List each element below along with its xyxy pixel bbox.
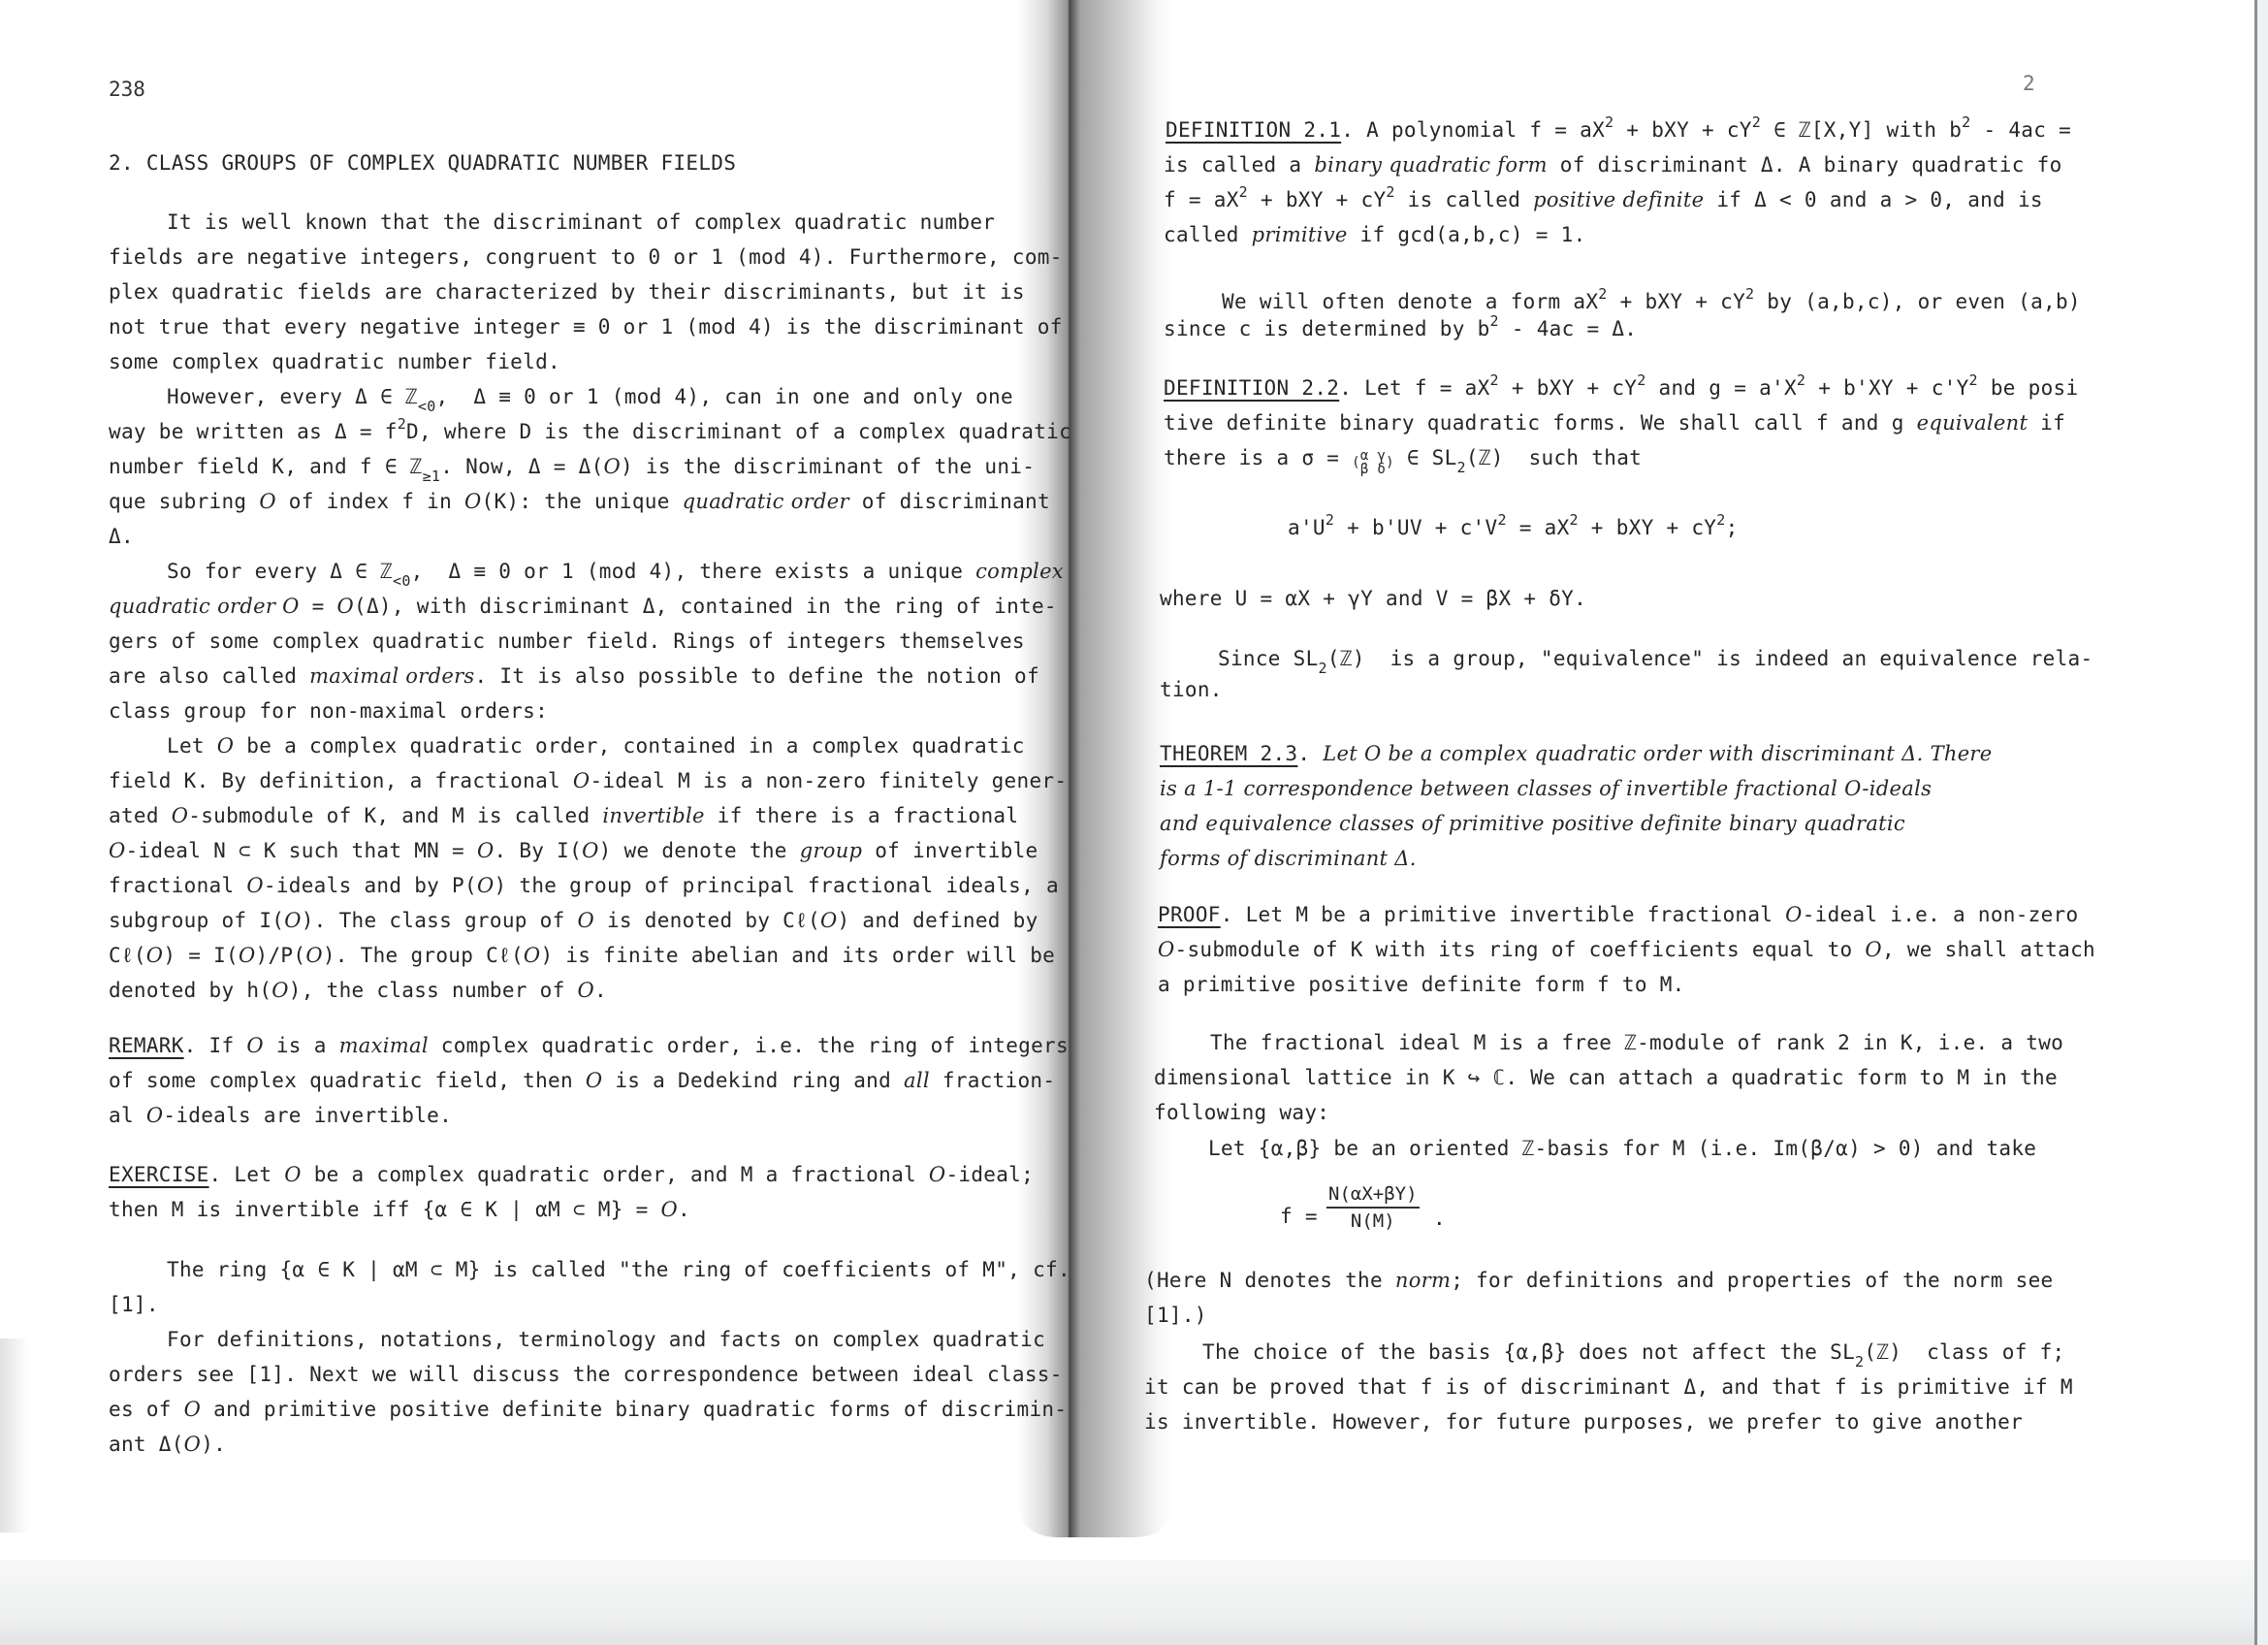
text-segment: 2	[1570, 511, 1579, 529]
text-segment: )/P(	[256, 944, 306, 967]
text-line: O-submodule of K with its ring of coeffi…	[1158, 936, 2095, 963]
text-line: and equivalence classes of primitive pos…	[1160, 810, 1905, 837]
text-line: there is a σ = (α γβ δ) ∈ SL2(ℤ) such th…	[1164, 444, 1642, 476]
text-line: a'U2 + b'UV + c'V2 = aX2 + bXY + cY2;	[1288, 514, 1739, 541]
text-segment: following way:	[1154, 1101, 1329, 1124]
text-segment: -ideal i.e. a non-zero	[1803, 903, 2079, 926]
italic-text: O	[586, 1069, 603, 1092]
italic-text: O	[284, 1163, 302, 1186]
matrix-sigma: (α γβ δ)	[1352, 449, 1394, 476]
text-line: subgroup of I(O). The class group of O i…	[109, 907, 1038, 934]
italic-text: equivalent	[1917, 411, 2028, 435]
italic-text: O	[184, 1433, 202, 1456]
text-line: tion.	[1160, 676, 1223, 703]
text-line: ated O-submodule of K, and M is called i…	[109, 802, 1018, 829]
text-line: way be written as Δ = f2D, where D is th…	[109, 418, 1071, 445]
fraction-numerator: N(αX+βY)	[1326, 1183, 1420, 1209]
text-line: THEOREM 2.3. Let O be a complex quadrati…	[1160, 740, 1993, 767]
italic-text: O	[604, 455, 622, 478]
text-line: [1].	[109, 1291, 159, 1318]
text-segment: es of	[109, 1398, 184, 1421]
text-line: al O-ideals are invertible.	[109, 1102, 452, 1129]
italic-text: O	[1865, 938, 1882, 961]
text-segment: there is a σ =	[1164, 446, 1352, 469]
text-segment: . Let	[209, 1163, 285, 1186]
text-segment: 2	[1598, 285, 1607, 303]
text-line: not true that every negative integer ≡ 0…	[109, 313, 1063, 340]
text-segment: (Δ), with discriminant Δ, contained in t…	[354, 595, 1057, 618]
italic-text: invertible	[602, 804, 704, 827]
text-segment: + b'UV + c'V	[1334, 516, 1497, 539]
text-segment: However, every Δ ∈ ℤ	[167, 385, 418, 408]
text-segment: For definitions, notations, terminology …	[167, 1328, 1045, 1351]
text-segment: a primitive positive definite form f to …	[1158, 973, 1685, 996]
text-segment: 2	[1969, 371, 1978, 389]
text-line: number field K, and f ∈ ℤ≥1. Now, Δ = Δ(…	[109, 453, 1035, 480]
underlined-label: THEOREM 2.3	[1160, 742, 1297, 765]
italic-text: O	[172, 804, 189, 827]
text-segment: The choice of the basis {α,β} does not a…	[1202, 1340, 1855, 1364]
text-segment: ). The group Cℓ(	[323, 944, 524, 967]
text-segment: is invertible. However, for future purpo…	[1144, 1410, 2023, 1434]
text-segment: -ideals are invertible.	[163, 1104, 452, 1127]
text-line: f = aX2 + bXY + cY2 is called positive d…	[1164, 186, 2043, 213]
text-segment: 2	[1239, 183, 1248, 201]
text-line: class group for non-maximal orders:	[109, 697, 548, 725]
text-segment: is called	[1395, 188, 1533, 211]
text-segment: -ideal;	[945, 1163, 1034, 1186]
italic-text: O	[272, 979, 289, 1002]
text-line: For definitions, notations, terminology …	[167, 1326, 1045, 1353]
italic-text: binary quadratic form	[1314, 153, 1548, 177]
text-line: (Here N denotes the norm; for definition…	[1144, 1267, 2053, 1294]
text-segment: field K. By definition, a fractional	[109, 769, 573, 792]
italic-text: maximal orders	[309, 664, 474, 688]
text-line: So for every Δ ∈ ℤ<0, Δ ≡ 0 or 1 (mod 4)…	[167, 558, 1064, 585]
underlined-label: REMARK	[109, 1034, 184, 1057]
italic-text: O	[573, 769, 591, 792]
text-segment: 2	[1797, 371, 1805, 389]
italic-text: group	[800, 839, 863, 862]
text-segment: = aX	[1507, 516, 1570, 539]
text-line: gers of some complex quadratic number fi…	[109, 628, 1025, 655]
text-segment: (K): the unique	[482, 490, 683, 513]
text-line: es of O and primitive positive definite …	[109, 1396, 1067, 1423]
text-segment: , Δ ≡ 0 or 1 (mod 4), there exists a uni…	[411, 560, 975, 583]
text-line: a primitive positive definite form f to …	[1158, 971, 1685, 998]
page-number: 2	[2023, 72, 2035, 95]
text-line: some complex quadratic number field.	[109, 348, 560, 375]
text-line: is called a binary quadratic form of dis…	[1164, 151, 2062, 178]
italic-text: primitive	[1252, 223, 1348, 246]
text-segment: + b'XY + c'Y	[1805, 376, 1968, 400]
text-segment: [1].)	[1144, 1304, 1207, 1327]
text-segment: 2	[398, 415, 406, 433]
text-segment: -ideal M is a non-zero finitely gener-	[590, 769, 1067, 792]
text-segment: 2	[1752, 113, 1761, 131]
scanner-bed-margin	[0, 1560, 2268, 1645]
text-segment: al	[109, 1104, 146, 1127]
text-segment: (ℤ) such that	[1466, 446, 1642, 469]
scanner-right-margin	[2257, 0, 2268, 1645]
text-segment: ) and defined by	[837, 909, 1038, 932]
italic-text: O	[477, 874, 495, 897]
text-segment: . Let f = aX	[1339, 376, 1489, 400]
text-segment: and g = a'X	[1646, 376, 1797, 400]
text-segment: ). The class group of	[302, 909, 578, 932]
text-segment: . Now, Δ = Δ(	[440, 455, 603, 478]
text-line: field K. By definition, a fractional O-i…	[109, 767, 1067, 794]
text-segment: gers of some complex quadratic number fi…	[109, 629, 1025, 653]
text-segment: . Let M be a primitive invertible fracti…	[1221, 903, 1785, 926]
text-line: dimensional lattice in K ↪ ℂ. We can att…	[1154, 1064, 2058, 1091]
italic-text: O	[524, 944, 541, 967]
text-line: DEFINITION 2.1. A polynomial f = aX2 + b…	[1166, 116, 2071, 144]
text-segment: ∈ ℤ[X,Y] with b	[1761, 118, 1962, 142]
text-segment: are also called	[109, 664, 309, 688]
text-segment: . By I(	[494, 839, 582, 862]
italic-text: O	[661, 1198, 679, 1221]
italic-text: O	[184, 1398, 202, 1421]
text-segment: fields are negative integers, congruent …	[109, 245, 1063, 269]
text-segment: [1].	[109, 1293, 159, 1316]
text-segment: fraction-	[930, 1069, 1055, 1092]
text-segment: -ideal N ⊂ K such that MN =	[126, 839, 477, 862]
text-line: is invertible. However, for future purpo…	[1144, 1408, 2023, 1435]
text-segment: =	[300, 595, 337, 618]
text-line: We will often denote a form aX2 + bXY + …	[1222, 288, 2081, 315]
italic-text: O	[259, 490, 276, 513]
underlined-label: DEFINITION 2.1	[1166, 118, 1341, 142]
text-segment: Cℓ(	[109, 944, 146, 967]
fraction-lhs: f =	[1280, 1203, 1318, 1230]
italic-text: quadratic order O	[109, 595, 300, 618]
text-segment: (ℤ) class of f;	[1864, 1340, 2064, 1364]
text-line: where U = αX + γY and V = βX + δY.	[1160, 585, 1586, 612]
text-segment: 2	[1716, 511, 1725, 529]
italic-text: O	[305, 944, 323, 967]
text-segment: Since SL	[1218, 647, 1319, 670]
text-segment: fractional	[109, 874, 246, 897]
text-segment: of discriminant	[849, 490, 1050, 513]
text-segment: ated	[109, 804, 172, 827]
text-segment: Δ.	[109, 525, 134, 548]
text-line: forms of discriminant Δ.	[1160, 845, 1417, 872]
text-line: orders see [1]. Next we will discuss the…	[109, 1361, 1063, 1388]
text-line: fields are negative integers, congruent …	[109, 243, 1063, 271]
text-line: denoted by h(O), the class number of O.	[109, 977, 607, 1004]
text-line: Δ.	[109, 523, 134, 550]
text-segment: some complex quadratic number field.	[109, 350, 560, 373]
italic-text: O	[146, 944, 164, 967]
text-segment: ) the group of principal fractional idea…	[494, 874, 1058, 897]
text-segment: and primitive positive definite binary q…	[201, 1398, 1067, 1421]
text-segment: The ring {α ∈ K | αM ⊂ M} is called "the…	[167, 1258, 1070, 1281]
text-segment: ∈ SL	[1394, 446, 1457, 469]
italic-text: O	[477, 839, 495, 862]
text-line: PROOF. Let M be a primitive invertible f…	[1158, 901, 2078, 928]
text-segment: 2	[1855, 1353, 1864, 1371]
text-line: It is well known that the discriminant o…	[167, 209, 995, 236]
italic-text: O	[582, 839, 599, 862]
text-segment: of invertible	[862, 839, 1038, 862]
text-segment: if	[2028, 411, 2065, 435]
text-segment: . A polynomial f = aX	[1341, 118, 1605, 142]
text-segment: -submodule of K with its ring of coeffic…	[1175, 938, 1866, 961]
text-segment: dimensional lattice in K ↪ ℂ. We can att…	[1154, 1066, 2058, 1089]
text-segment: by (a,b,c), or even (a,b)	[1754, 290, 2081, 313]
text-segment: be a complex quadratic order, contained …	[234, 734, 1024, 758]
text-segment: .	[594, 979, 607, 1002]
text-segment: . It is also possible to define the noti…	[474, 664, 1038, 688]
text-segment: not true that every negative integer ≡ 0…	[109, 315, 1063, 339]
text-segment: ) is finite abelian and its order will b…	[540, 944, 1055, 967]
text-segment: ≥1	[423, 468, 441, 485]
text-line: tive definite binary quadratic forms. We…	[1164, 409, 2065, 436]
text-segment: 2	[1386, 183, 1394, 201]
text-line: fractional O-ideals and by P(O) the grou…	[109, 872, 1059, 899]
text-line: DEFINITION 2.2. Let f = aX2 + bXY + cY2 …	[1164, 374, 2078, 402]
text-segment: f = aX	[1164, 188, 1239, 211]
text-line: The ring {α ∈ K | αM ⊂ M} is called "the…	[167, 1256, 1070, 1283]
text-segment: ) is the discriminant of the uni-	[621, 455, 1035, 478]
text-line: However, every Δ ∈ ℤ<0, Δ ≡ 0 or 1 (mod …	[167, 383, 1013, 410]
text-line: is a 1-1 correspondence between classes …	[1160, 775, 1932, 802]
text-segment: 2	[1457, 459, 1466, 476]
italic-text: complex	[975, 560, 1064, 583]
text-segment: , Δ ≡ 0 or 1 (mod 4), can in one and onl…	[436, 385, 1013, 408]
text-line: are also called maximal orders. It is al…	[109, 662, 1039, 690]
text-line: REMARK. If O is a maximal complex quadra…	[109, 1032, 1069, 1059]
text-segment: is a	[264, 1034, 339, 1057]
text-segment: 2	[1490, 371, 1499, 389]
text-segment: .	[678, 1198, 690, 1221]
text-segment: if there is a fractional	[705, 804, 1019, 827]
text-segment: where U = αX + γY and V = βX + δY.	[1160, 587, 1586, 610]
text-segment: is a Dedekind ring and	[602, 1069, 904, 1092]
text-segment: denoted by h(	[109, 979, 272, 1002]
text-segment: The fractional ideal M is a free ℤ-modul…	[1210, 1031, 2063, 1054]
text-segment: 2	[1326, 511, 1334, 529]
text-line: The choice of the basis {α,β} does not a…	[1202, 1339, 2064, 1366]
italic-text: O	[337, 595, 355, 618]
italic-text: is a 1-1 correspondence between classes …	[1160, 777, 1932, 800]
text-segment: D, where D is the discriminant of a comp…	[406, 420, 1071, 443]
text-segment: . If	[184, 1034, 247, 1057]
text-segment: 2	[1637, 371, 1645, 389]
underlined-label: EXERCISE	[109, 1163, 209, 1186]
italic-text: O	[578, 979, 595, 1002]
text-segment: tion.	[1160, 678, 1223, 701]
text-segment: It is well known that the discriminant o…	[167, 210, 995, 234]
italic-text: O	[284, 909, 302, 932]
fraction-denominator: N(M)	[1326, 1209, 1420, 1232]
text-segment: -submodule of K, and M is called	[188, 804, 602, 827]
text-segment: (Here N denotes the	[1144, 1269, 1395, 1292]
text-segment: ;	[1726, 516, 1739, 539]
italic-text: forms of discriminant Δ.	[1160, 847, 1417, 870]
italic-text: O	[217, 734, 235, 758]
text-segment: (ℤ) is a group, "equivalence" is indeed …	[1327, 647, 2093, 670]
text-segment: 2	[1319, 660, 1327, 677]
text-segment: orders see [1]. Next we will discuss the…	[109, 1363, 1063, 1386]
text-segment: tive definite binary quadratic forms. We…	[1164, 411, 1917, 435]
text-line: EXERCISE. Let O be a complex quadratic o…	[109, 1161, 1034, 1188]
italic-text: O	[1158, 938, 1175, 961]
text-line: Let O be a complex quadratic order, cont…	[167, 732, 1025, 759]
text-segment: + bXY + cY	[1579, 516, 1716, 539]
text-segment: -ideals and by P(	[264, 874, 477, 897]
text-segment: way be written as Δ = f	[109, 420, 398, 443]
text-segment: ) = I(	[163, 944, 239, 967]
text-segment: if Δ < 0 and a > 0, and is	[1704, 188, 2042, 211]
text-line: called primitive if gcd(a,b,c) = 1.	[1164, 221, 1586, 248]
text-segment: since c is determined by b	[1164, 317, 1490, 340]
text-segment: be a complex quadratic order, and M a fr…	[302, 1163, 929, 1186]
italic-text: quadratic order	[683, 490, 849, 513]
italic-text: norm	[1395, 1269, 1451, 1292]
text-segment: ) we denote the	[599, 839, 800, 862]
text-line: then M is invertible iff {α ∈ K | αM ⊂ M…	[109, 1196, 690, 1223]
text-line: following way:	[1154, 1099, 1329, 1126]
text-segment: 2	[1605, 113, 1613, 131]
section-heading: 2. CLASS GROUPS OF COMPLEX QUADRATIC NUM…	[109, 149, 736, 177]
text-segment: a'U	[1288, 516, 1326, 539]
fraction: N(αX+βY) N(M)	[1326, 1183, 1420, 1232]
text-segment: plex quadratic fields are characterized …	[109, 280, 1025, 304]
text-segment: We will often denote a form aX	[1222, 290, 1598, 313]
text-segment: is denoted by Cℓ(	[594, 909, 820, 932]
italic-text: O	[239, 944, 256, 967]
text-line: Let {α,β} be an oriented ℤ-basis for M (…	[1208, 1135, 2036, 1162]
italic-text: O	[1785, 903, 1803, 926]
text-line: que subring O of index f in O(K): the un…	[109, 488, 1050, 515]
text-segment: of some complex quadratic field, then	[109, 1069, 586, 1092]
text-segment: <0	[418, 398, 436, 415]
text-segment: + bXY + cY	[1608, 290, 1745, 313]
text-line: [1].)	[1144, 1302, 1207, 1329]
italic-text: O	[929, 1163, 946, 1186]
text-segment: ant Δ(	[109, 1433, 184, 1456]
text-segment: - 4ac =	[1971, 118, 2072, 142]
italic-text: O	[109, 839, 126, 862]
text-segment: class group for non-maximal orders:	[109, 699, 548, 723]
text-line: ant Δ(O).	[109, 1431, 226, 1458]
text-segment: called	[1164, 223, 1252, 246]
text-segment: is called a	[1164, 153, 1314, 177]
text-segment: ).	[201, 1433, 226, 1456]
text-line: Cℓ(O) = I(O)/P(O). The group Cℓ(O) is fi…	[109, 942, 1055, 969]
italic-text: positive definite	[1533, 188, 1704, 211]
italic-text: O	[577, 909, 594, 932]
underlined-label: PROOF	[1158, 903, 1221, 926]
text-segment: que subring	[109, 490, 259, 513]
text-line: The fractional ideal M is a free ℤ-modul…	[1210, 1029, 2063, 1056]
text-line: Since SL2(ℤ) is a group, "equivalence" i…	[1218, 645, 2092, 672]
text-segment: it can be proved that f is of discrimina…	[1144, 1375, 2073, 1399]
text-segment: subgroup of I(	[109, 909, 284, 932]
underlined-label: DEFINITION 2.2	[1164, 376, 1339, 400]
text-segment: number field K, and f ∈ ℤ	[109, 455, 423, 478]
text-line: plex quadratic fields are characterized …	[109, 278, 1025, 306]
text-segment: , we shall attach	[1882, 938, 2095, 961]
text-segment: 2	[1962, 113, 1970, 131]
text-segment: if gcd(a,b,c) = 1.	[1348, 223, 1586, 246]
text-segment: + bXY + cY	[1248, 188, 1386, 211]
text-segment: be posi	[1978, 376, 2079, 400]
italic-text: all	[904, 1069, 930, 1092]
italic-text: Let O be a complex quadratic order with …	[1323, 742, 1992, 765]
text-segment: complex quadratic order, i.e. the ring o…	[429, 1034, 1069, 1057]
italic-text: O	[246, 874, 264, 897]
italic-text: O	[820, 909, 838, 932]
text-segment: <0	[393, 572, 411, 590]
text-segment: 2	[1490, 312, 1499, 330]
fraction-trailing-period: .	[1433, 1205, 1446, 1232]
italic-text: and equivalence classes of primitive pos…	[1160, 812, 1905, 835]
text-segment: 2	[1497, 511, 1506, 529]
scan-edge-shadow	[0, 1339, 29, 1532]
text-segment: of discriminant Δ. A binary quadratic fo	[1548, 153, 2062, 177]
text-segment: - 4ac = Δ.	[1499, 317, 1637, 340]
text-segment: Let	[167, 734, 217, 758]
text-segment: ; for definitions and properties of the …	[1451, 1269, 2053, 1292]
text-segment: + bXY + cY	[1613, 118, 1751, 142]
text-segment: So for every Δ ∈ ℤ	[167, 560, 393, 583]
text-segment: Let {α,β} be an oriented ℤ-basis for M (…	[1208, 1137, 2036, 1160]
italic-text: O	[146, 1104, 164, 1127]
text-segment: of index f in	[276, 490, 464, 513]
italic-text: maximal	[339, 1034, 429, 1057]
text-segment: + bXY + cY	[1499, 376, 1637, 400]
text-segment: ), the class number of	[289, 979, 578, 1002]
text-line: it can be proved that f is of discrimina…	[1144, 1373, 2073, 1401]
italic-text: O	[464, 490, 482, 513]
text-segment: .	[1297, 742, 1323, 765]
text-line: of some complex quadratic field, then O …	[109, 1067, 1055, 1094]
italic-text: O	[246, 1034, 264, 1057]
page-number: 238	[109, 78, 145, 101]
text-line: quadratic order O = O(Δ), with discrimin…	[109, 593, 1057, 620]
text-segment: 2	[1745, 285, 1754, 303]
text-segment: then M is invertible iff {α ∈ K | αM ⊂ M…	[109, 1198, 661, 1221]
text-line: O-ideal N ⊂ K such that MN = O. By I(O) …	[109, 837, 1038, 864]
text-line: since c is determined by b2 - 4ac = Δ.	[1164, 315, 1637, 342]
